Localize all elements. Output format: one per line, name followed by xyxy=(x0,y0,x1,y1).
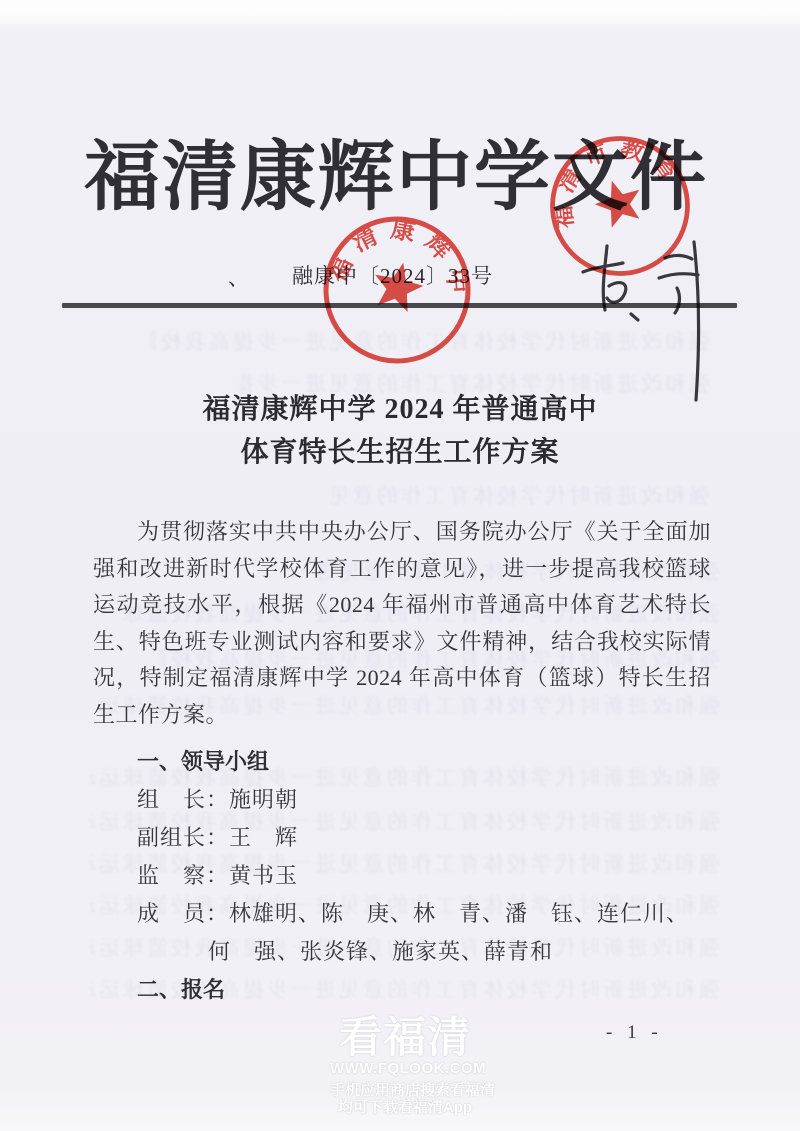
doc-title-line2: 体育特长生招生工作方案 xyxy=(0,431,800,474)
watermark-caption-2: 均可下载看福清App xyxy=(330,1100,480,1116)
doc-title-line1: 福清康辉中学 2024 年普通高中 xyxy=(0,388,800,431)
star-icon xyxy=(369,257,428,314)
watermark-logo: 看福清 xyxy=(330,1016,480,1060)
roster-line-supervisor: 监 察：黄书玉 xyxy=(93,857,711,895)
doc-title: 福清康辉中学 2024 年普通高中 体育特长生招生工作方案 xyxy=(0,388,800,474)
svg-text:福清市教育局: 福清市教育局 xyxy=(524,110,690,241)
section-heading-registration: 二、报名 xyxy=(93,971,711,1009)
intro-paragraph: 为贯彻落实中共中央办公厅、国务院办公厅《关于全面加强和改进新时代学校体育工作的意… xyxy=(93,514,711,733)
roster-line-members-cont: 何 强、张炎锋、施家英、薛青和 xyxy=(93,933,711,971)
scanned-document-page: 强和改进新时代学校体育工作的意见进一步提高我校篮球运动竞技水平根据福州市普通高中… xyxy=(0,0,800,1131)
section-heading-leading-group: 一、领导小组 xyxy=(93,743,711,781)
watermark-caption-1: 手机应用商店搜索看福清 xyxy=(330,1083,480,1099)
roster-line-members: 成 员：林雄明、陈 庚、林 青、潘 钰、连仁川、 xyxy=(93,895,711,933)
handwritten-signature xyxy=(565,228,745,408)
roster-line-deputy: 副组长：王 辉 xyxy=(93,819,711,857)
stray-pen-mark: 、 xyxy=(228,262,249,292)
bleedthrough-text: 强和改进新时代学校体育工作的意见进一步提高我校篮球运动竞技水平根据福州市普通高中… xyxy=(330,480,710,510)
watermark-site-url: WWW.FQLOOK.COM xyxy=(330,1060,480,1077)
bureau-seal-text: 福清市教育局 xyxy=(524,110,690,241)
school-seal-stamp: 福清康辉中学 xyxy=(301,194,493,386)
site-watermark: 看福清 WWW.FQLOOK.COM 手机应用商店搜索看福清 均可下载看福清Ap… xyxy=(330,1016,480,1116)
page-number: - 1 - xyxy=(606,1022,663,1044)
star-icon xyxy=(589,173,647,230)
roster-line-leader: 组 长：施明朝 xyxy=(93,781,711,819)
document-body: 为贯彻落实中共中央办公厅、国务院办公厅《关于全面加强和改进新时代学校体育工作的意… xyxy=(93,514,711,1009)
